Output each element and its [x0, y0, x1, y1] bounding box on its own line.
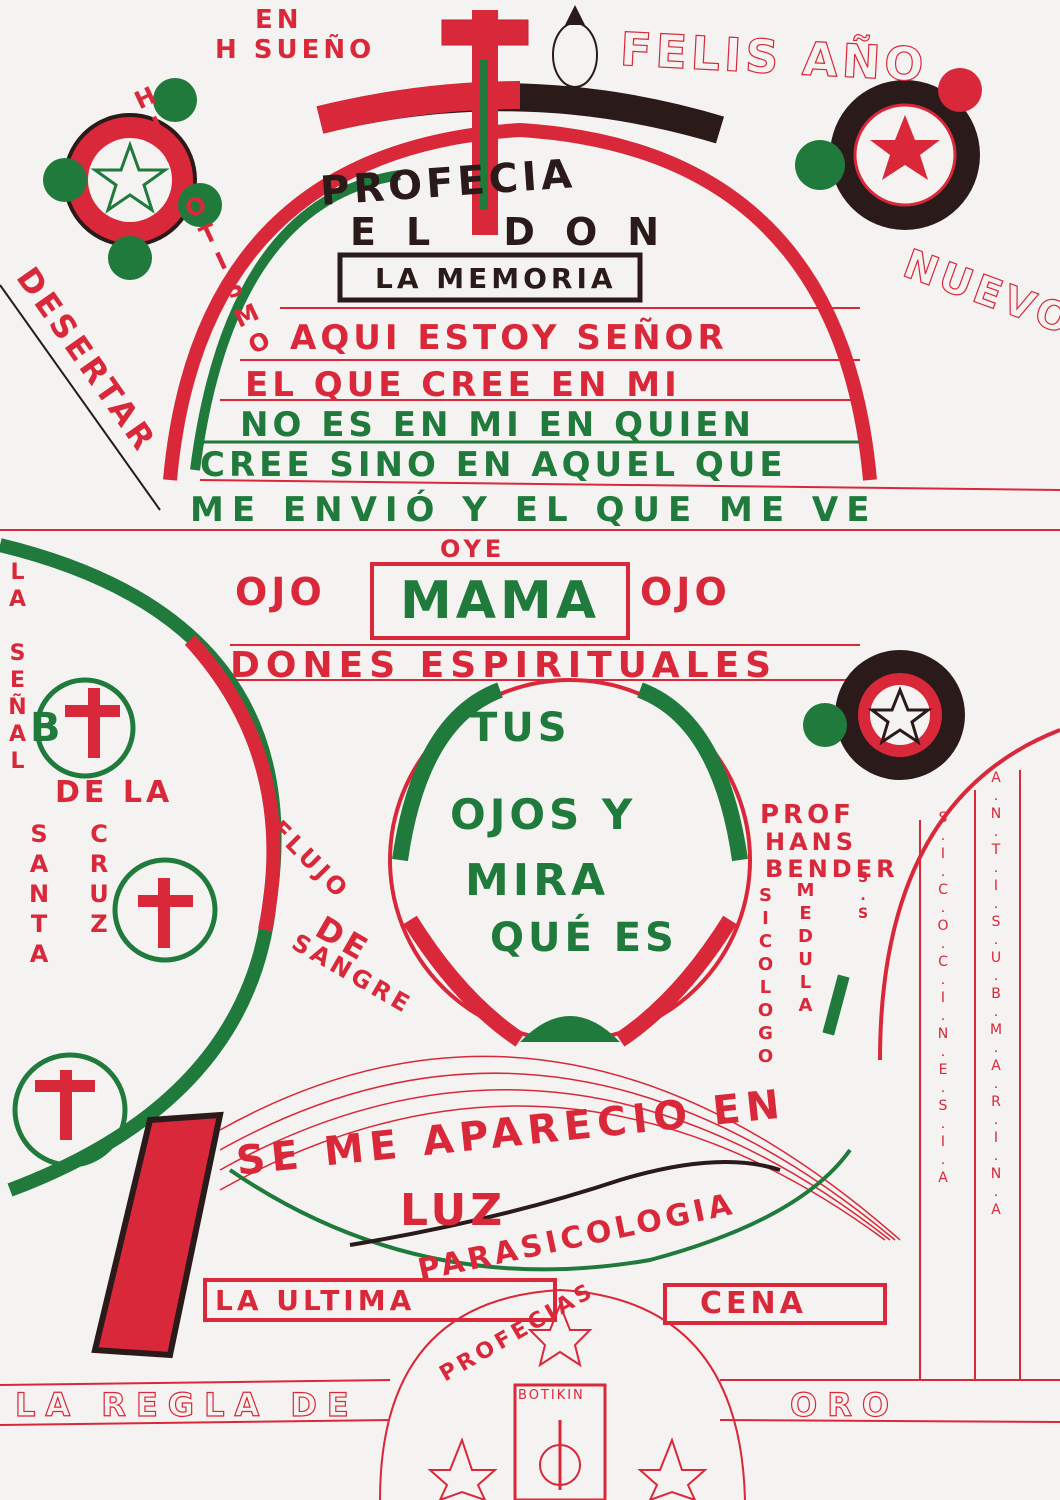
text-dones-espirituales: DONES ESPIRITUALES [230, 645, 777, 686]
text-botikin: BOTIKIN [518, 1388, 585, 1403]
text-ojos-y: OJOS Y [450, 790, 636, 839]
text-line5: ME ENVIÓ Y EL QUE ME VE [190, 490, 877, 530]
text-b-letter: B [30, 705, 65, 751]
text-sicocinesia: S.I.C.O.C.I.N.E.S.I.A [935, 810, 951, 1188]
text-line2: EL QUE CREE EN MI [245, 365, 681, 405]
text-antisubmarina: A.N.T.I.S.U.B.M.A.R.I.N.A [988, 770, 1004, 1220]
text-line1: AQUI ESTOY SEÑOR [290, 318, 728, 358]
text-de-la: DE LA [55, 775, 173, 810]
text-ojo-left: OJO [235, 570, 326, 614]
text-medula: MEDULA [795, 880, 816, 1018]
artwork-canvas: EN H SUEÑO FELIS AÑO NUEVO HIPNOTISMO DE… [0, 0, 1060, 1500]
text-sueno: H SUEÑO [215, 35, 375, 65]
text-el-don: EL DON [350, 210, 689, 254]
text-ss: S.S [855, 870, 871, 924]
text-tus: TUS [470, 705, 571, 751]
text-line4: CREE SINO EN AQUEL QUE [200, 445, 787, 485]
text-santa: SANTA [25, 820, 53, 970]
text-la-ultima: LA ULTIMA [215, 1284, 415, 1317]
text-prof: PROF [760, 800, 855, 830]
text-mama: MAMA [400, 571, 600, 631]
text-cruz: CRUZ [85, 820, 113, 940]
text-cena: CENA [700, 1286, 807, 1321]
text-mira: MIRA [465, 855, 609, 906]
text-luz: LUZ [400, 1185, 506, 1236]
text-line3: NO ES EN MI EN QUIEN [240, 405, 755, 445]
text-bender: BENDER [765, 855, 899, 883]
text-oro: ORO [790, 1386, 899, 1424]
text-la-senal: LA SEÑAL [5, 560, 30, 776]
text-la-memoria: LA MEMORIA [375, 262, 617, 295]
text-que-es: QUÉ ES [490, 915, 678, 961]
text-la-regla-de: LA REGLA DE [15, 1386, 359, 1424]
text-oye: OYE [440, 535, 505, 563]
mama-box: MAMA [370, 562, 630, 640]
text-sicologo: SICOLOGO [755, 885, 776, 1069]
text-hans: HANS [765, 828, 857, 856]
text-en: EN [255, 5, 303, 35]
text-ojo-right: OJO [640, 570, 731, 614]
